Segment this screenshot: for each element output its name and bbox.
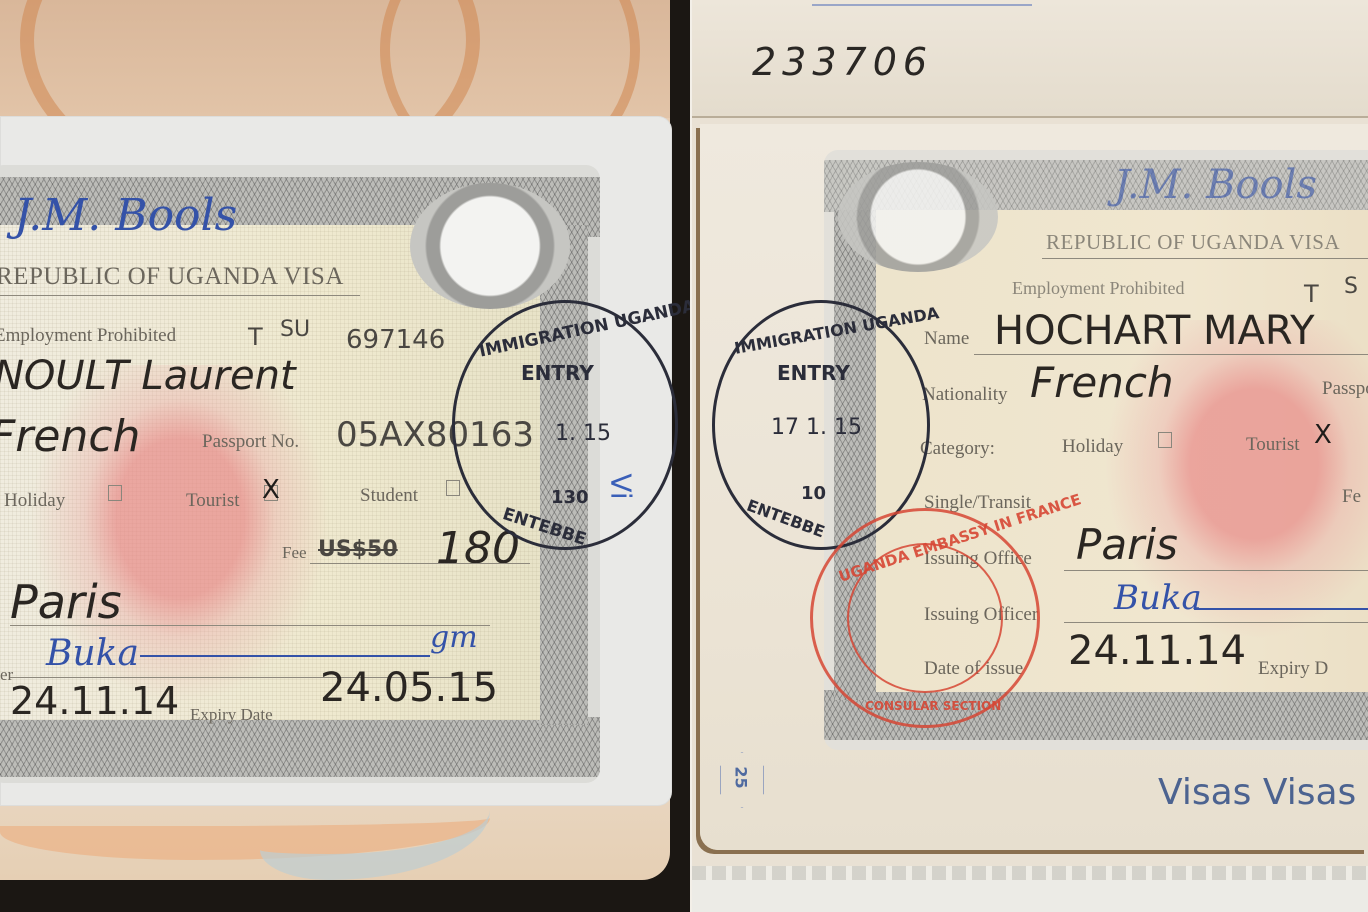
- guilloche-border-bottom: [0, 717, 600, 777]
- stamp-date: 17 1. 15: [771, 415, 862, 440]
- issuing-office-value: Paris: [10, 575, 122, 629]
- signature-stroke: [140, 655, 430, 657]
- visa-header: REPUBLIC OF UGANDA VISA: [0, 263, 344, 291]
- fee-printed: US$50: [318, 537, 398, 562]
- category-label: Category:: [920, 438, 995, 460]
- date-of-issue: 24.11.14: [10, 679, 179, 723]
- expiry-label: Expiry Date: [190, 705, 273, 725]
- top-signature: J.M. Bools: [14, 190, 237, 241]
- expiry-label-fragment: Expiry D: [1258, 658, 1328, 680]
- name-rule: [974, 354, 1368, 355]
- side-stamp-fragment: Vi: [605, 473, 638, 499]
- stamp-date: 1. 15: [555, 421, 611, 446]
- name-value: HOCHART MARY: [994, 308, 1315, 354]
- header-rule: [1042, 258, 1368, 259]
- visa-type-code: T: [1304, 280, 1319, 308]
- office-rule: [1064, 570, 1368, 571]
- stamp-number: 130: [551, 487, 589, 508]
- employment-notice: Employment Prohibited: [0, 325, 176, 347]
- stamp-number: 10: [801, 483, 826, 504]
- embassy-bottom-text: CONSULAR SECTION: [865, 699, 1001, 713]
- issuing-office-value: Paris: [1076, 520, 1178, 569]
- category-student-checkbox: [446, 480, 460, 496]
- hologram-seal: [838, 162, 998, 272]
- name-value: NOULT Laurent: [0, 353, 296, 399]
- serial-number: 697146: [346, 325, 445, 355]
- right-photo-panel: 233706 J.M. Bools REPUBLIC OF UGANDA VIS…: [692, 0, 1368, 912]
- visas-footer-label: Visas Visas: [1158, 772, 1356, 813]
- hologram-seal: [410, 183, 570, 309]
- handwritten-pencil-note: 233706: [752, 40, 933, 84]
- officer-signature: Buka: [1114, 578, 1202, 618]
- blue-pen-mark: [812, 4, 1032, 6]
- passport-label: Passport N: [1322, 378, 1368, 400]
- category-holiday-checkbox: [108, 485, 122, 501]
- nationality-value: French: [0, 411, 140, 462]
- category-holiday-label: Holiday: [1062, 436, 1123, 458]
- fee-label: Fee: [282, 543, 307, 563]
- left-photo-panel: J.M. Bools REPUBLIC OF UGANDA VISA Emplo…: [0, 0, 690, 912]
- page-stitching: [692, 866, 1368, 880]
- category-holiday-label: Holiday: [4, 490, 65, 512]
- category-student-label: Student: [360, 485, 418, 507]
- nationality-value: French: [1030, 358, 1174, 407]
- visa-header: REPUBLIC OF UGANDA VISA: [1046, 230, 1340, 255]
- serial-prefix: SU: [280, 317, 310, 342]
- visa-type-code: T: [248, 323, 263, 351]
- nationality-label: Nationality: [922, 384, 1007, 406]
- officer-rule: [1064, 622, 1368, 623]
- expiry-date: 24.05.15: [320, 665, 498, 711]
- stamp-entry-type: ENTRY: [777, 361, 850, 385]
- category-tourist-label: Tourist: [1246, 434, 1300, 456]
- passport-label: Passport No.: [202, 431, 299, 453]
- name-label: Name: [924, 328, 969, 350]
- tourist-check-mark: X: [1314, 420, 1332, 450]
- serial-prefix-fragment: S: [1344, 274, 1358, 299]
- officer-signature: Buka: [46, 633, 139, 674]
- category-tourist-label: Tourist: [186, 490, 240, 512]
- right-top-page: 233706: [692, 0, 1368, 118]
- employment-notice: Employment Prohibited: [1012, 278, 1185, 299]
- page-number: 25: [732, 766, 751, 788]
- office-rule: [10, 625, 490, 626]
- top-signature: J.M. Bools: [1114, 162, 1317, 208]
- date-of-issue: 24.11.14: [1068, 628, 1246, 674]
- signature-stroke: [1194, 608, 1368, 610]
- fee-rule: [310, 563, 530, 564]
- stamp-entry-type: ENTRY: [521, 361, 594, 385]
- header-rule: [0, 295, 360, 296]
- officer-initials: gm: [430, 620, 478, 655]
- tourist-check-mark: X: [262, 475, 280, 505]
- embassy-stamp-france: UGANDA EMBASSY IN FRANCE CONSULAR SECTIO…: [810, 508, 1040, 728]
- fee-label-fragment: Fe: [1342, 486, 1361, 508]
- bottom-surface: [692, 880, 1368, 912]
- category-holiday-checkbox: [1158, 432, 1172, 448]
- entry-stamp-entebbe: IMMIGRATION UGANDA ENTRY 1. 15 130 ENTEB…: [452, 300, 678, 550]
